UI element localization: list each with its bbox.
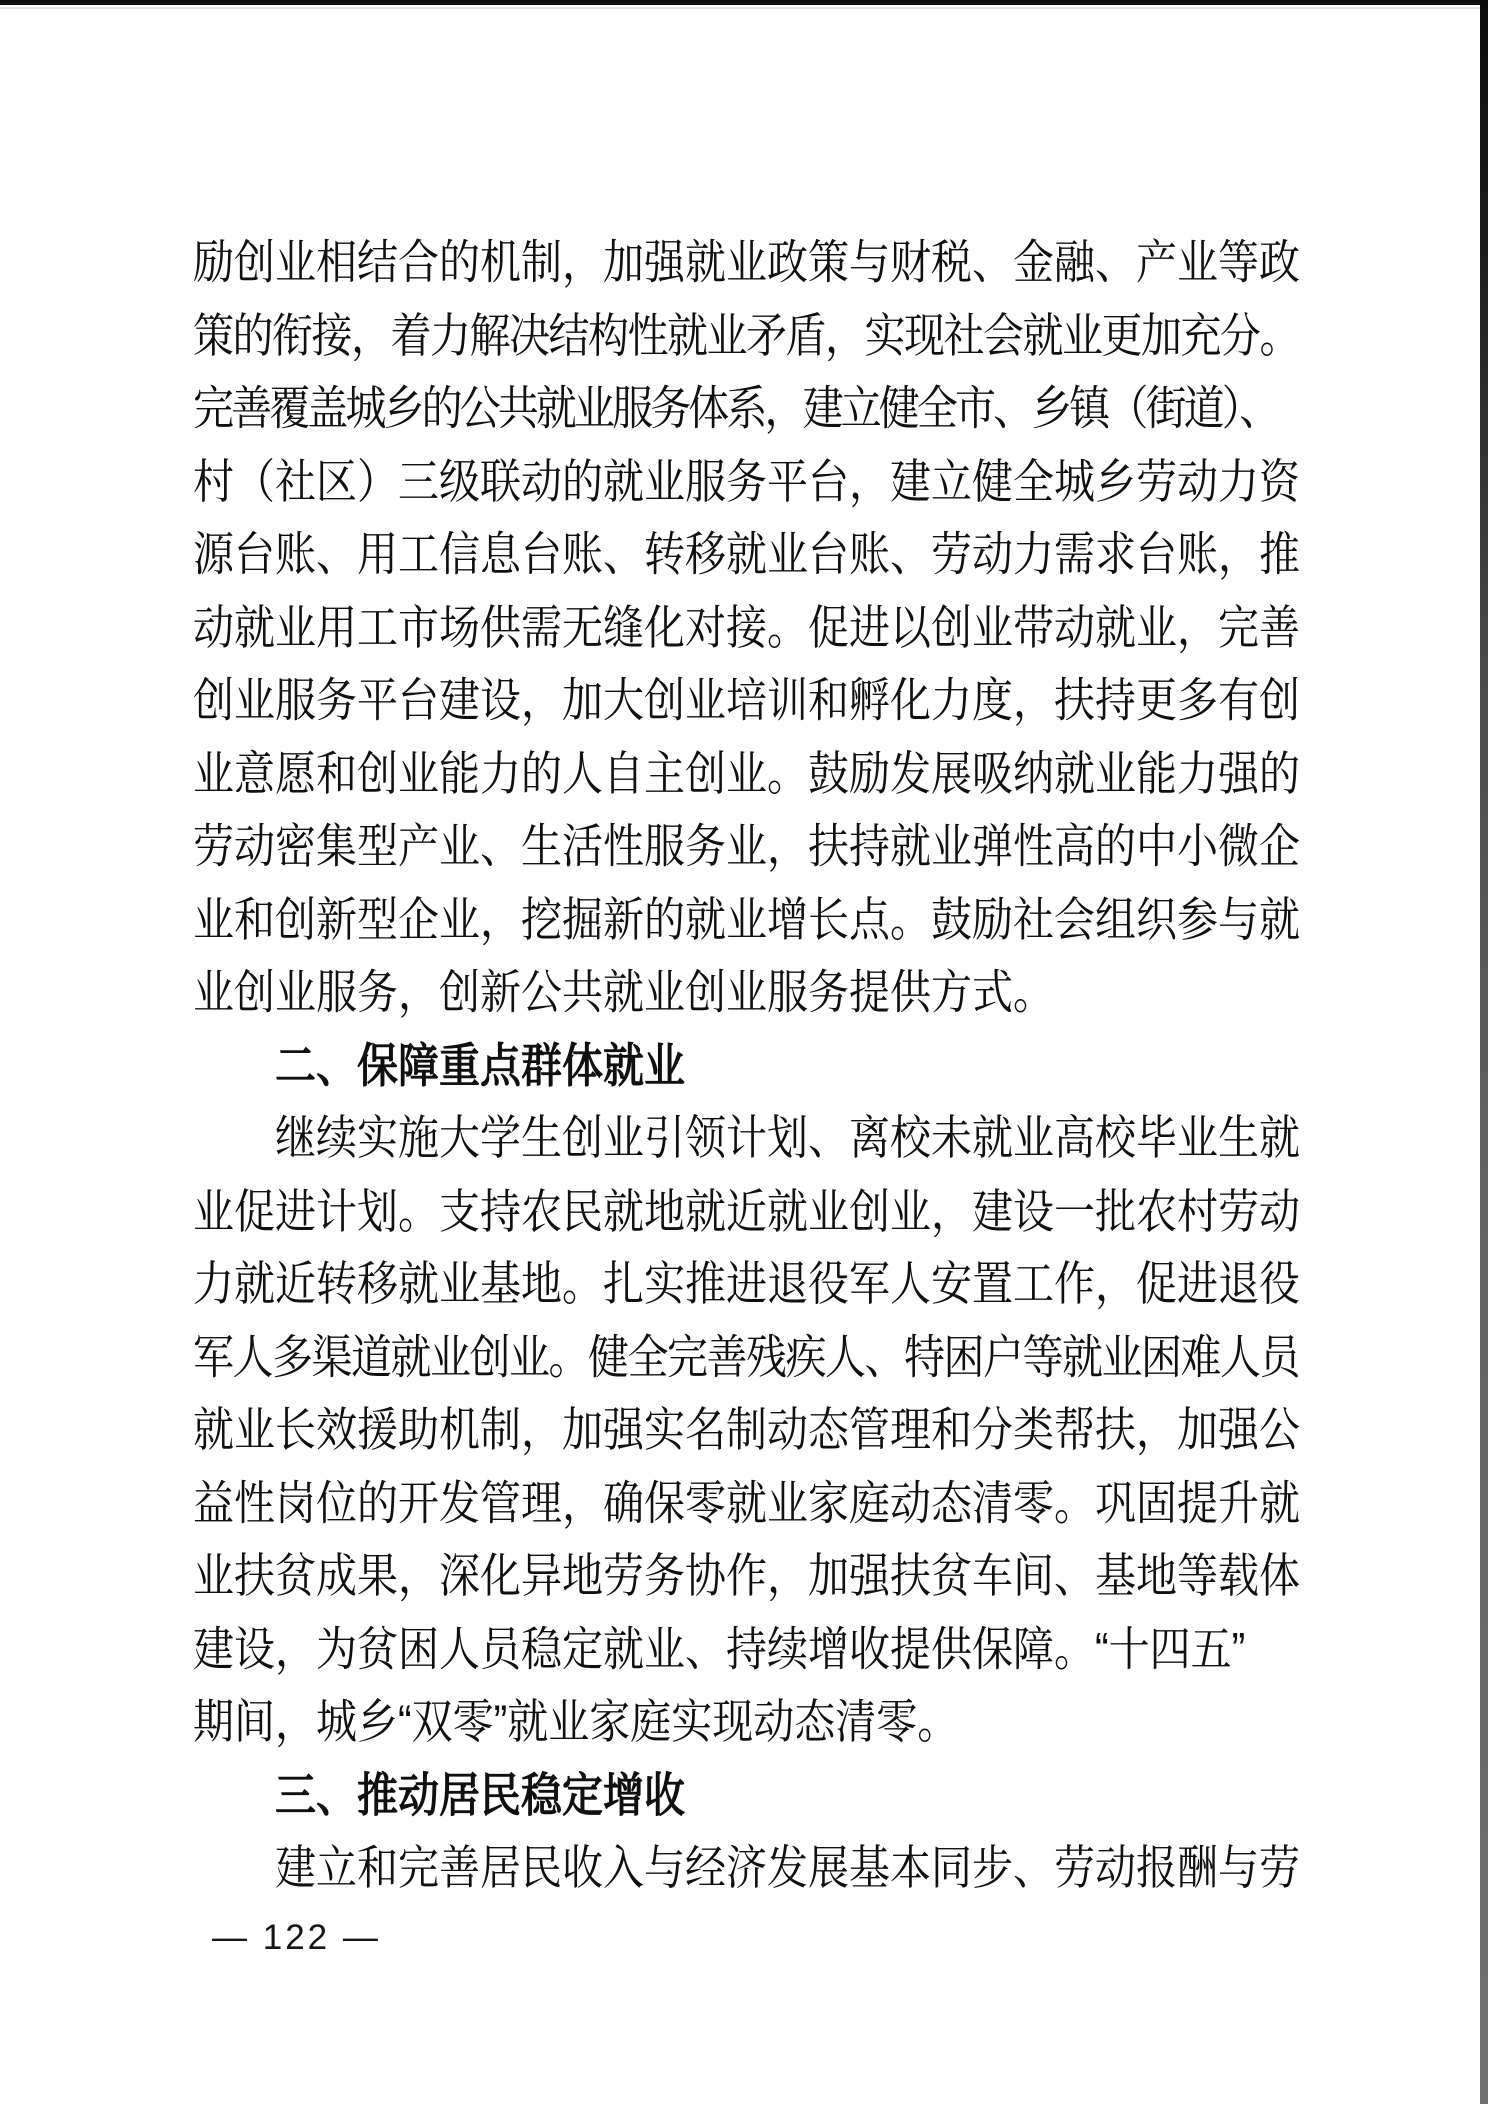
text-line: 策的衔接，着力解决结构性就业矛盾，实现社会就业更加充分。 — [193, 300, 1300, 373]
text-line: 业促进计划。支持农民就地就近就业创业，建设一批农村劳动 — [193, 1175, 1300, 1248]
text-line: 就业长效援助机制，加强实名制动态管理和分类帮扶，加强公 — [193, 1394, 1300, 1467]
section-heading-2: 二、保障重点群体就业 — [193, 1030, 1300, 1103]
scan-top-edge — [0, 0, 1488, 5]
scan-right-edge — [1480, 0, 1488, 2104]
text-line: 继续实施大学生创业引领计划、离校未就业高校毕业生就 — [193, 1103, 1300, 1176]
text-line: 业创业服务，创新公共就业创业服务提供方式。 — [193, 957, 1300, 1030]
text-line: 建设，为贫困人员稳定就业、持续增收提供保障。“十四五” — [193, 1613, 1300, 1686]
text-line: 业扶贫成果，深化异地劳务协作，加强扶贫车间、基地等载体 — [193, 1540, 1300, 1613]
scan-top-hairline — [0, 7, 1488, 9]
text-line: 劳动密集型产业、生活性服务业，扶持就业弹性高的中小微企 — [193, 811, 1300, 884]
text-line: 创业服务平台建设，加大创业培训和孵化力度，扶持更多有创 — [193, 665, 1300, 738]
text-line: 源台账、用工信息台账、转移就业台账、劳动力需求台账，推 — [193, 519, 1300, 592]
text-line: 益性岗位的开发管理，确保零就业家庭动态清零。巩固提升就 — [193, 1467, 1300, 1540]
text-line: 期间，城乡“双零”就业家庭实现动态清零。 — [193, 1686, 1300, 1759]
document-page: 励创业相结合的机制，加强就业政策与财税、金融、产业等政 策的衔接，着力解决结构性… — [0, 0, 1488, 2104]
text-line: 建立和完善居民收入与经济发展基本同步、劳动报酬与劳 — [193, 1832, 1300, 1905]
text-line: 力就近转移就业基地。扎实推进退役军人安置工作，促进退役 — [193, 1248, 1300, 1321]
text-line: 业意愿和创业能力的人自主创业。鼓励发展吸纳就业能力强的 — [193, 738, 1300, 811]
text-line: 励创业相结合的机制，加强就业政策与财税、金融、产业等政 — [193, 227, 1300, 300]
text-line: 村（社区）三级联动的就业服务平台，建立健全城乡劳动力资 — [193, 446, 1300, 519]
text-line: 动就业用工市场供需无缝化对接。促进以创业带动就业，完善 — [193, 592, 1300, 665]
text-line: 军人多渠道就业创业。健全完善残疾人、特困户等就业困难人员 — [193, 1321, 1300, 1394]
page-number: — 122 — — [212, 1920, 381, 1955]
text-line: 业和创新型企业，挖掘新的就业增长点。鼓励社会组织参与就 — [193, 884, 1300, 957]
section-heading-3: 三、推动居民稳定增收 — [193, 1759, 1300, 1832]
text-line: 完善覆盖城乡的公共就业服务体系，建立健全市、乡镇（街道）、 — [193, 373, 1300, 446]
body-text-block: 励创业相结合的机制，加强就业政策与财税、金融、产业等政 策的衔接，着力解决结构性… — [193, 227, 1300, 1905]
